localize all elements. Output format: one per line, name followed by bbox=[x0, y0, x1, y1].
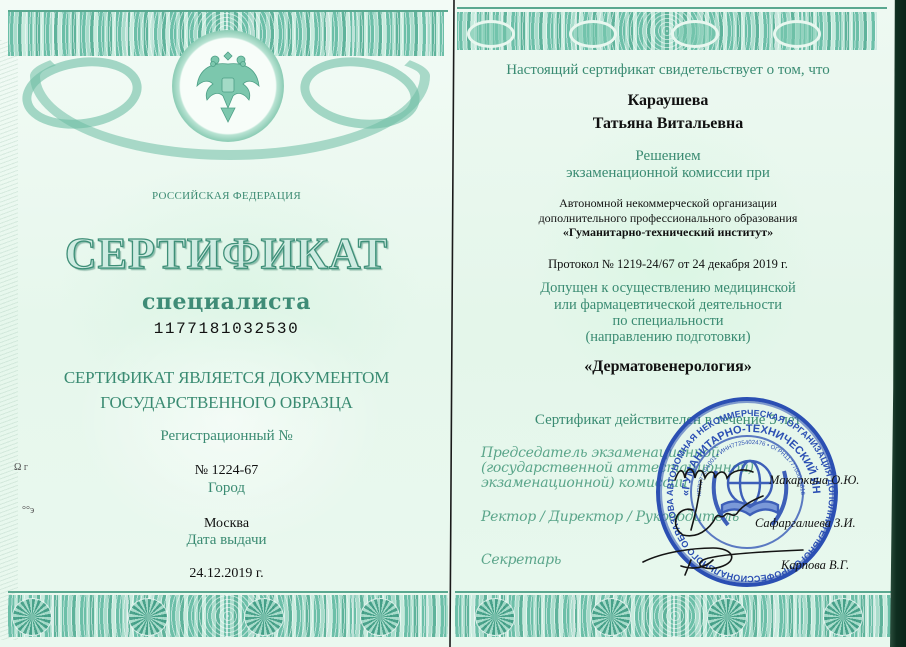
rosette-ornament bbox=[360, 598, 400, 636]
holder-surname: Караушева bbox=[453, 92, 883, 110]
issue-date-value: 24.12.2019 г. bbox=[0, 566, 453, 582]
rosette-ornament bbox=[244, 598, 284, 636]
center-fold bbox=[448, 0, 458, 647]
specialty-name: «Дерматовенерология» bbox=[453, 358, 883, 376]
registration-label: Регистрационный № bbox=[0, 428, 453, 445]
decision-line-2: экзаменационной комиссии при bbox=[453, 165, 883, 182]
city-label: Город bbox=[0, 480, 453, 497]
protocol-text: Протокол № 1219-24/67 от 24 декабря 2019… bbox=[453, 257, 883, 272]
organization-name: «Гуманитарно-технический институт» bbox=[453, 225, 883, 240]
rosette-ornament bbox=[12, 598, 52, 636]
certificate-title: СЕРТИФИКАТ bbox=[0, 228, 453, 279]
statement-line-2: ГОСУДАРСТВЕННОГО ОБРАЗЦА bbox=[0, 393, 453, 413]
chair-name: Макаркина О.Ю. bbox=[769, 473, 859, 488]
rosette-ornament bbox=[128, 598, 168, 636]
right-page-text: Настоящий сертификат свидетельствует о т… bbox=[453, 0, 906, 647]
intro-text: Настоящий сертификат свидетельствует о т… bbox=[453, 62, 883, 79]
admission-line-4: (направлению подготовки) bbox=[453, 329, 883, 346]
decision-line-1: Решением bbox=[453, 148, 883, 165]
admission-line-2: или фармацевтической деятельности bbox=[453, 297, 883, 314]
organization-line-1: Автономной некоммерческой организации bbox=[453, 196, 883, 211]
stray-mark: Ω г bbox=[14, 462, 28, 473]
bottom-guilloche-band bbox=[8, 595, 448, 637]
admission-line-1: Допущен к осуществлению медицинской bbox=[453, 280, 883, 297]
holder-given-names: Татьяна Витальевна bbox=[453, 115, 883, 133]
certificate-left-page: РОССИЙСКАЯ ФЕДЕРАЦИЯ СЕРТИФИКАТ специали… bbox=[0, 0, 453, 647]
admission-line-3: по специальности bbox=[453, 313, 883, 330]
secretary-name: Карпова В.Г. bbox=[781, 558, 849, 573]
stray-mark: °°э bbox=[22, 505, 34, 516]
organization-line-2: дополнительного профессионального образо… bbox=[453, 211, 883, 226]
issue-date-label: Дата выдачи bbox=[0, 532, 453, 549]
left-page-text: РОССИЙСКАЯ ФЕДЕРАЦИЯ СЕРТИФИКАТ специали… bbox=[0, 0, 453, 647]
bottom-rule bbox=[8, 591, 448, 593]
registration-value: № 1224-67 bbox=[0, 463, 453, 479]
statement-line-1: СЕРТИФИКАТ ЯВЛЯЕТСЯ ДОКУМЕНТОМ bbox=[0, 368, 453, 388]
rector-name: Сафаргалиева З.И. bbox=[755, 516, 856, 531]
certificate-subtitle: специалиста bbox=[0, 289, 453, 315]
certificate-number: 1177181032530 bbox=[0, 320, 453, 338]
country-name: РОССИЙСКАЯ ФЕДЕРАЦИЯ bbox=[0, 190, 453, 202]
secretary-role-label: Секретарь bbox=[481, 553, 561, 568]
city-value: Москва bbox=[0, 516, 453, 532]
